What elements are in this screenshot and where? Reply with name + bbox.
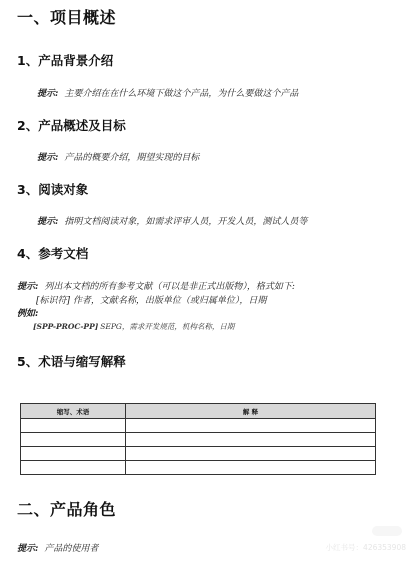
table-cell-explanation[interactable]: [126, 447, 376, 461]
hint-text: 产品的使用者: [44, 544, 98, 554]
hint-text: 产品的概要介绍，期望实现的目标: [64, 153, 199, 163]
column-header-term: 缩写、术语: [21, 404, 126, 419]
subsection-title-terms: 5、术语与缩写解释: [17, 352, 126, 370]
hint-references: 提示:列出本文档的所有参考文献（可以是非正式出版物），格式如下:: [17, 279, 295, 292]
hint-label: 提示:: [17, 544, 38, 554]
hint-text: 主要介绍在在什么环境下做这个产品，为什么要做这个产品: [64, 89, 298, 99]
table-row: [21, 461, 376, 475]
section-title-product-roles: 二、产品角色: [17, 497, 116, 520]
table-row: [21, 447, 376, 461]
terms-table: 缩写、术语 解 释: [20, 403, 376, 475]
table-header-row: 缩写、术语 解 释: [21, 404, 376, 419]
example-code: [SPP-PROC-PP]: [33, 322, 98, 331]
hint-label: 提示:: [37, 89, 58, 99]
section-title-project-overview: 一、项目概述: [17, 5, 116, 28]
table-cell-term[interactable]: [21, 433, 126, 447]
hint-label: 提示:: [37, 217, 58, 227]
subsection-title-audience: 3、阅读对象: [17, 180, 88, 198]
hint-background: 提示:主要介绍在在什么环境下做这个产品，为什么要做这个产品: [37, 86, 298, 99]
hint-label: 提示:: [37, 153, 58, 163]
example-text: SEPG，需求开发规范，机构名称，日期: [100, 322, 234, 331]
table-cell-explanation[interactable]: [126, 419, 376, 433]
table-cell-term[interactable]: [21, 461, 126, 475]
table-row: [21, 433, 376, 447]
table-cell-explanation[interactable]: [126, 433, 376, 447]
hint-text: 列出本文档的所有参考文献（可以是非正式出版物），格式如下:: [44, 282, 295, 292]
hint-product-roles: 提示:产品的使用者: [17, 541, 98, 554]
hint-audience: 提示:指明文档阅读对象，如需求评审人员，开发人员，测试人员等: [37, 214, 307, 227]
table-cell-term[interactable]: [21, 447, 126, 461]
hint-label: 提示:: [17, 282, 38, 292]
subsection-title-overview-goals: 2、产品概述及目标: [17, 116, 126, 134]
reference-example: [SPP-PROC-PP]SEPG，需求开发规范，机构名称，日期: [33, 321, 234, 332]
watermark-text: 小红书号：426353908: [326, 542, 406, 553]
table-cell-term[interactable]: [21, 419, 126, 433]
watermark-badge: [372, 526, 402, 536]
column-header-explanation: 解 释: [126, 404, 376, 419]
hint-overview-goals: 提示:产品的概要介绍，期望实现的目标: [37, 150, 199, 163]
table-cell-explanation[interactable]: [126, 461, 376, 475]
subsection-title-background: 1、产品背景介绍: [17, 51, 113, 69]
subsection-title-references: 4、参考文档: [17, 244, 88, 262]
example-label: 例如:: [17, 306, 38, 319]
table-row: [21, 419, 376, 433]
hint-text: 指明文档阅读对象，如需求评审人员，开发人员，测试人员等: [64, 217, 307, 227]
reference-format-line: [标识符] 作者，文献名称，出版单位（或归属单位），日期: [36, 293, 266, 306]
